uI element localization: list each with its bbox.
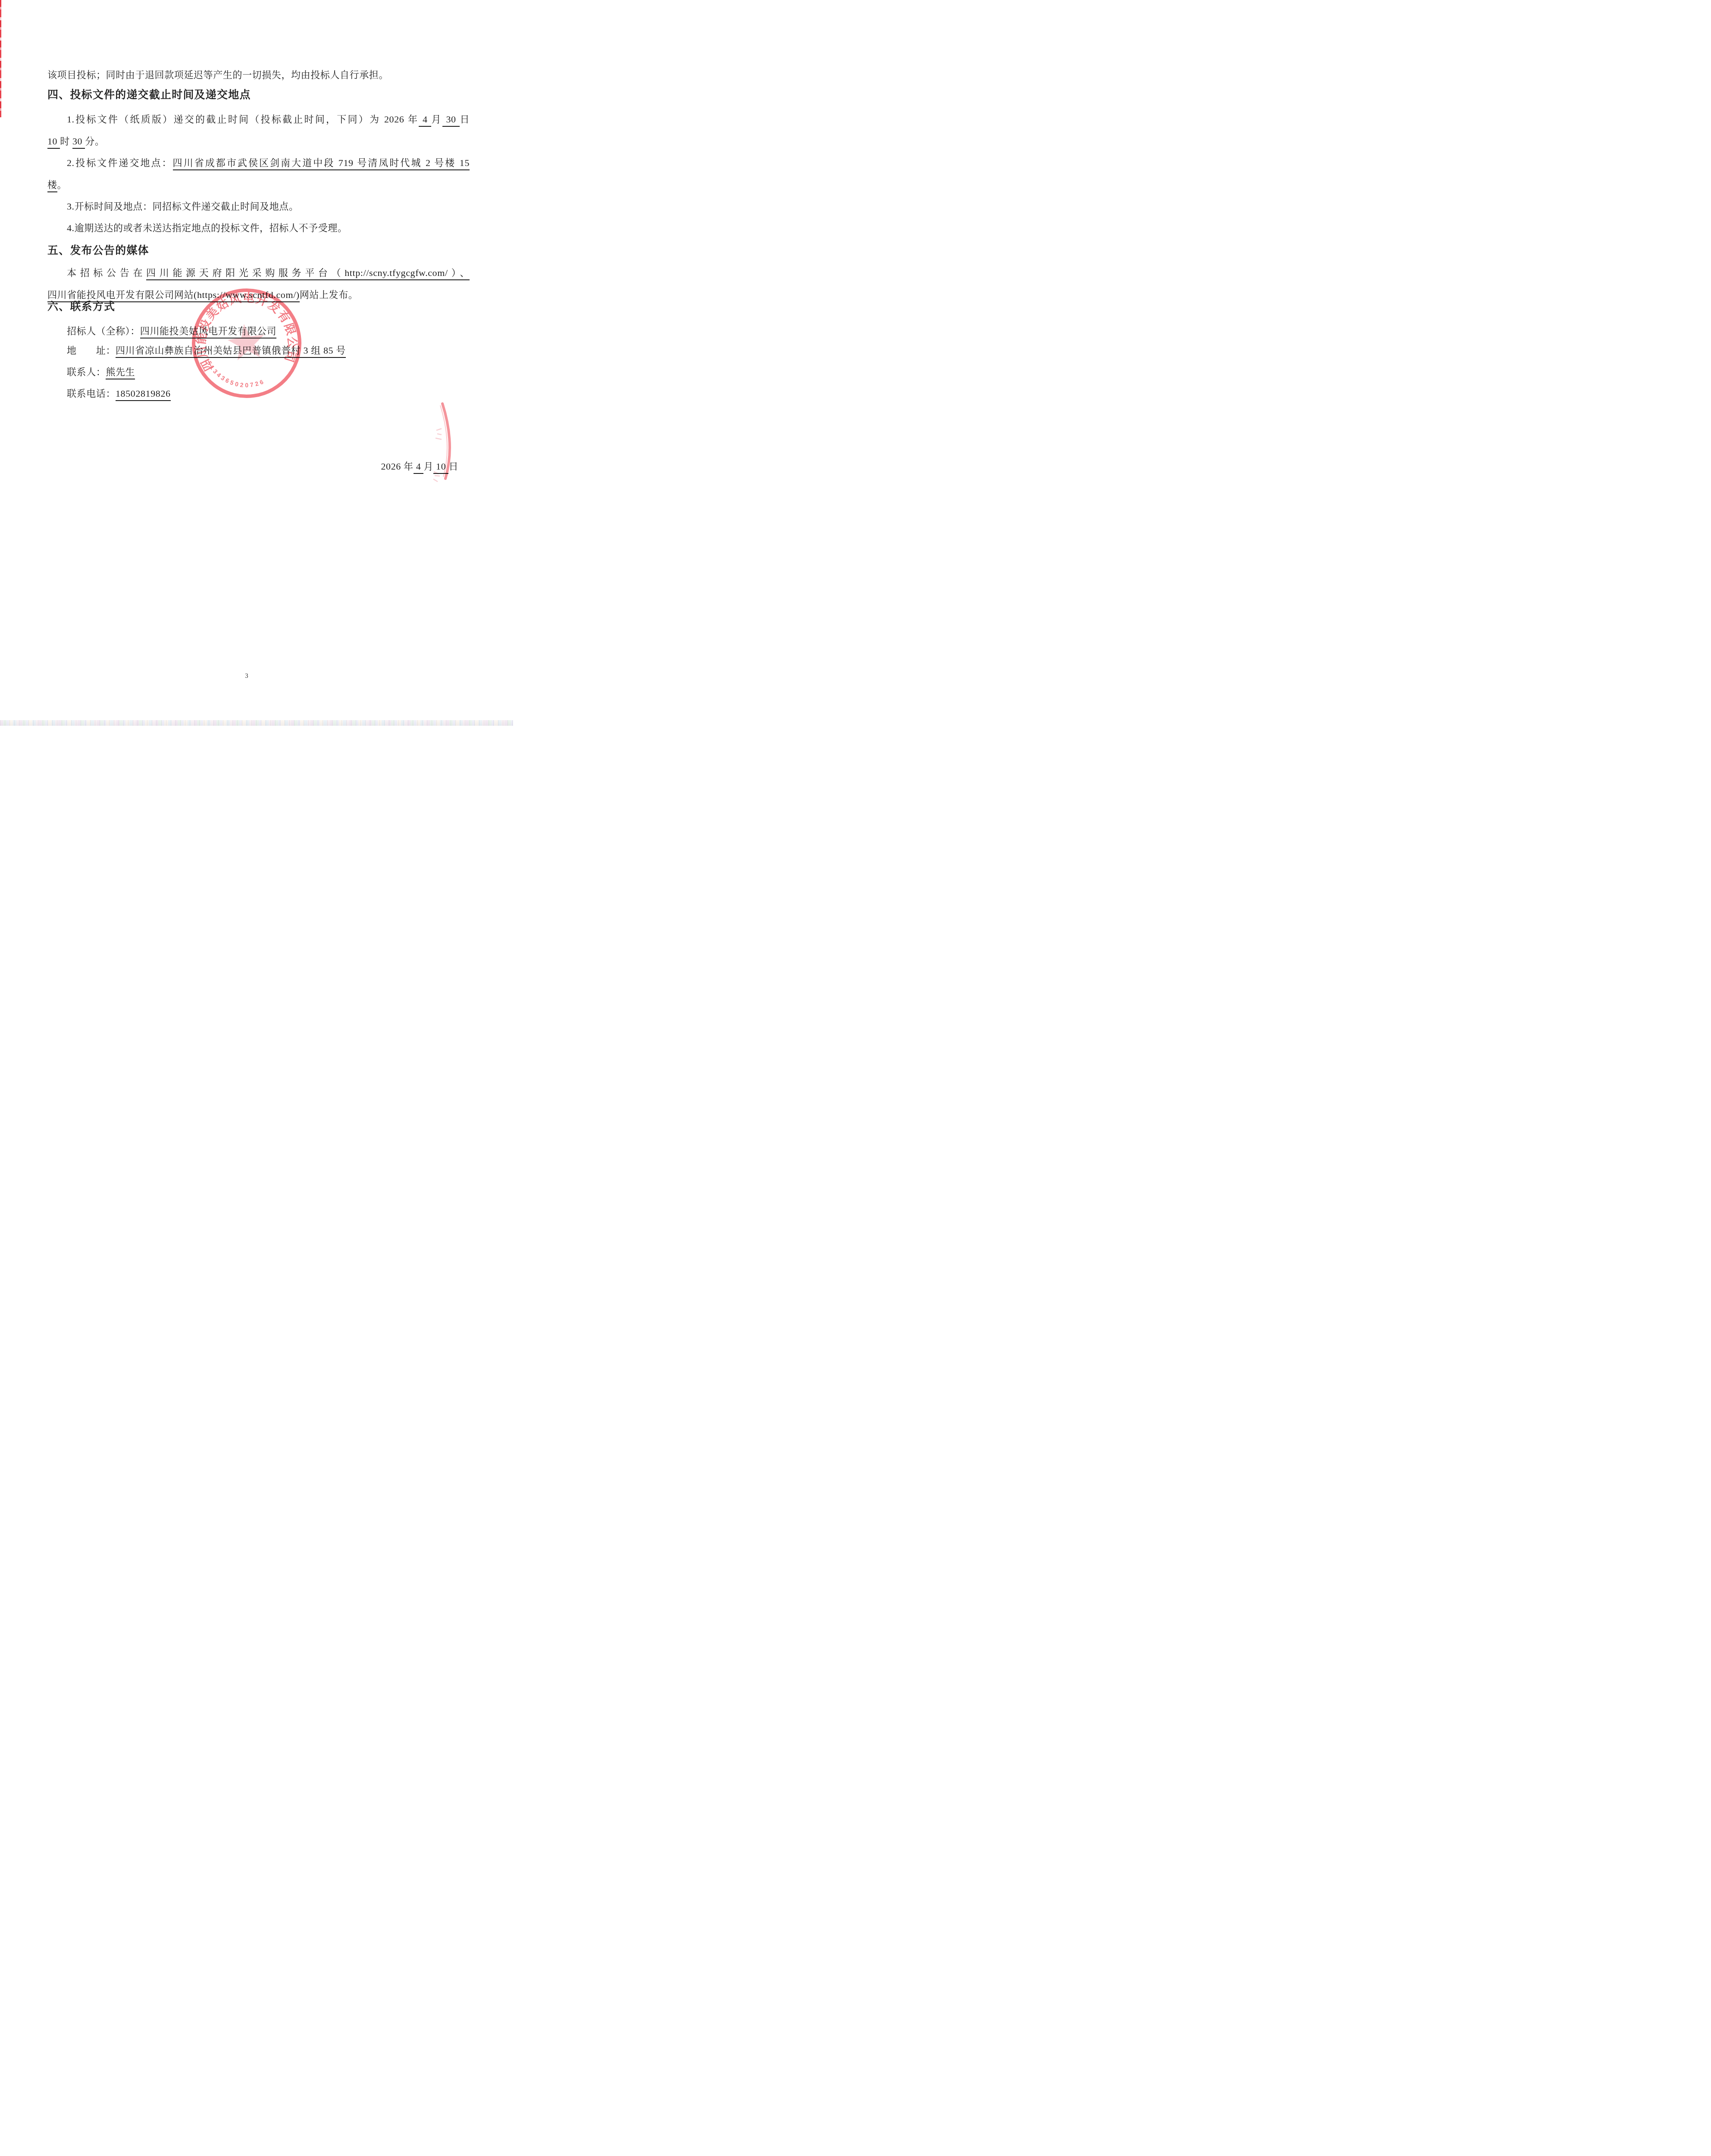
- text-segment: 3.开标时间及地点：同招标文件递交截止时间及地点。: [67, 201, 299, 212]
- underlined-blank-value: 30: [442, 114, 460, 127]
- item-bid-opening: 3.开标时间及地点：同招标文件递交截止时间及地点。: [47, 200, 470, 213]
- text-segment: 月: [423, 461, 433, 472]
- underlined-blank-value: 四川省成都市武侯区剑南大道中段 719 号清凤时代城 2 号楼 15: [173, 157, 470, 170]
- text-segment: 本招标公告在: [67, 267, 146, 278]
- text-segment: 联系人：: [67, 367, 106, 377]
- item-address-line-2: 楼。: [47, 178, 470, 191]
- underlined-blank-value: 四川能投美姑风电开发有限公司: [140, 326, 276, 338]
- underlined-blank-value: 楼: [47, 179, 57, 192]
- heading-section-4: 四、投标文件的递交截止时间及递交地点: [47, 88, 470, 102]
- underlined-blank-value: 10: [433, 461, 448, 474]
- contact-tenderer-name: 招标人（全称）：四川能投美姑风电开发有限公司: [47, 324, 470, 338]
- text-segment: 日: [448, 461, 458, 472]
- contact-person: 联系人：熊先生: [47, 365, 470, 379]
- underlined-blank-value: 4: [414, 461, 424, 474]
- underlined-blank-value: 熊先生: [106, 367, 135, 379]
- text-segment: 2.投标文件递交地点：: [67, 157, 173, 168]
- underlined-blank-value: 18502819826: [116, 388, 171, 401]
- text-segment: 该项目投标；同时由于退回款项延迟等产生的一切损失，均由投标人自行承担。: [47, 69, 389, 80]
- document-page: 该项目投标；同时由于退回款项延迟等产生的一切损失，均由投标人自行承担。 四、投标…: [0, 0, 513, 726]
- underlined-blank-value: 30: [72, 136, 85, 149]
- text-segment: 2026 年: [381, 461, 413, 472]
- text-segment: 分。: [85, 136, 104, 147]
- text-segment: 网站上发布。: [300, 289, 358, 300]
- page-number: 3: [0, 673, 493, 680]
- underlined-blank-value: 4: [419, 114, 431, 127]
- item-deadline-line-1: 1.投标文件（纸质版）递交的截止时间（投标截止时间，下同）为 2026 年 4 …: [47, 113, 470, 126]
- text-segment: 1.投标文件（纸质版）递交的截止时间（投标截止时间，下同）为 2026 年: [67, 114, 419, 125]
- paragraph-continuation: 该项目投标；同时由于退回款项延迟等产生的一切损失，均由投标人自行承担。: [47, 68, 470, 81]
- underlined-blank-value: 10: [47, 136, 60, 149]
- item-late-delivery: 4.逾期送达的或者未送达指定地点的投标文件，招标人不予受理。: [47, 221, 470, 235]
- media-line-1: 本招标公告在四川能源天府阳光采购服务平台（http://scny.tfygcgf…: [47, 266, 470, 279]
- item-deadline-line-2: 10 时 30 分。: [47, 135, 470, 148]
- text-segment: 4.逾期送达的或者未送达指定地点的投标文件，招标人不予受理。: [67, 222, 348, 233]
- heading-section-5: 五、发布公告的媒体: [47, 244, 470, 258]
- underlined-blank-value: 四川能源天府阳光采购服务平台（http://scny.tfygcgfw.com/…: [146, 267, 470, 280]
- text-segment: 月: [431, 114, 442, 125]
- underlined-blank-value: 四川省凉山彝族自治州美姑县巴普镇俄普村 3 组 85 号: [116, 345, 346, 358]
- text-segment: 地 址：: [67, 345, 116, 356]
- contact-address: 地 址：四川省凉山彝族自治州美姑县巴普镇俄普村 3 组 85 号: [47, 344, 470, 357]
- date-line: 2026 年 4 月 10 日: [381, 460, 458, 473]
- text-segment: 。: [57, 179, 67, 190]
- contact-phone: 联系电话：18502819826: [47, 387, 470, 400]
- item-address-line-1: 2.投标文件递交地点：四川省成都市武侯区剑南大道中段 719 号清凤时代城 2 …: [47, 156, 470, 169]
- scan-edge-red-strip: [0, 0, 1, 117]
- text-segment: 联系电话：: [67, 388, 116, 399]
- scan-noise-strip: [0, 720, 513, 726]
- text-segment: 招标人（全称）：: [67, 326, 140, 336]
- heading-section-6: 六、联系方式: [47, 300, 470, 314]
- text-segment: 日: [460, 114, 470, 125]
- text-segment: 时: [60, 136, 72, 147]
